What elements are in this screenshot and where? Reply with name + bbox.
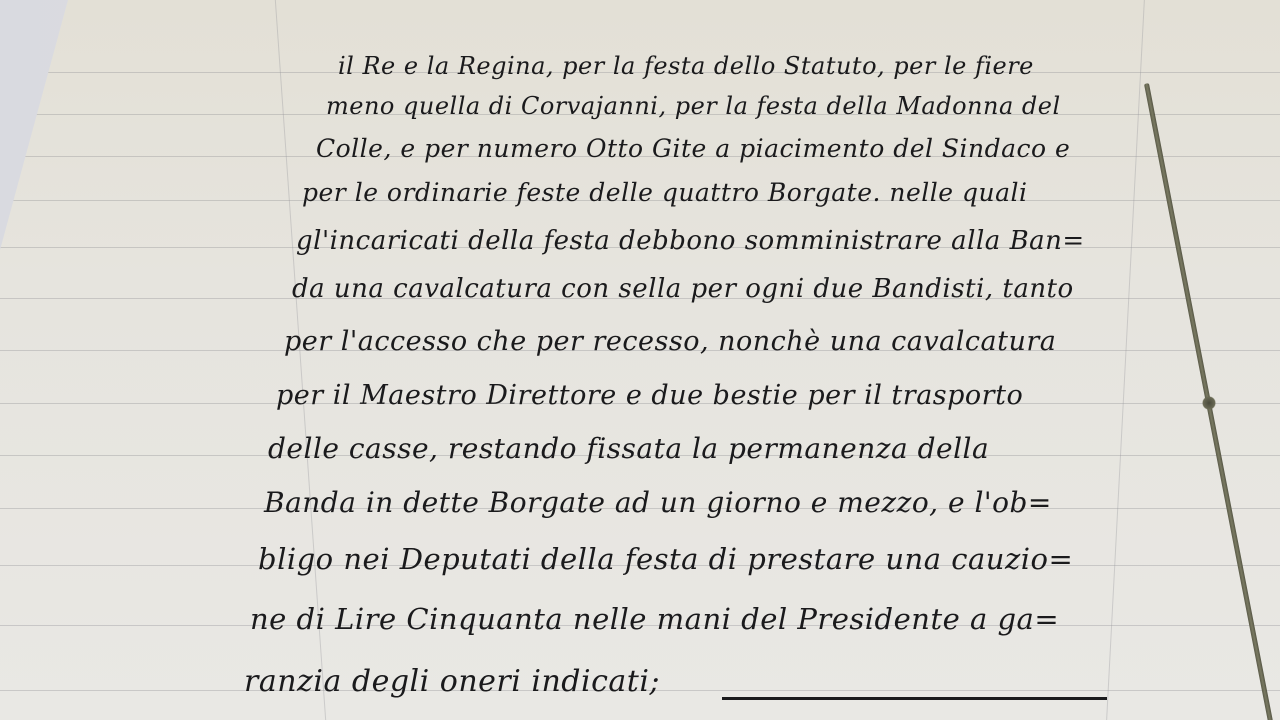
- manuscript-line-12: ne di Lire Cinquanta nelle mani del Pres…: [250, 602, 1059, 636]
- manuscript-line-6: da una cavalcatura con sella per ogni du…: [292, 274, 1074, 304]
- manuscript-line-4: per le ordinarie feste delle quattro Bor…: [302, 178, 1028, 207]
- manuscript-page: il Re e la Regina, per la festa dello St…: [0, 0, 1280, 720]
- manuscript-line-11: bligo nei Deputati della festa di presta…: [258, 542, 1073, 576]
- margin-line: [1106, 0, 1145, 720]
- manuscript-line-8: per il Maestro Direttore e due bestie pe…: [276, 380, 1023, 411]
- binding-knot: [1202, 396, 1216, 410]
- end-of-text-rule: [722, 697, 1107, 700]
- manuscript-line-1: il Re e la Regina, per la festa dello St…: [338, 52, 1034, 80]
- manuscript-line-5: gl'incaricati della festa debbono sommin…: [296, 226, 1085, 256]
- manuscript-line-3: Colle, e per numero Otto Gite a piacimen…: [316, 134, 1070, 163]
- manuscript-line-10: Banda in dette Borgate ad un giorno e me…: [264, 486, 1052, 519]
- manuscript-line-13: ranzia degli oneri indicati;: [244, 664, 660, 699]
- manuscript-line-2: meno quella di Corvajanni, per la festa …: [326, 92, 1061, 120]
- manuscript-line-9: delle casse, restando fissata la permane…: [268, 432, 989, 465]
- manuscript-line-7: per l'accesso che per recesso, nonchè un…: [284, 326, 1056, 357]
